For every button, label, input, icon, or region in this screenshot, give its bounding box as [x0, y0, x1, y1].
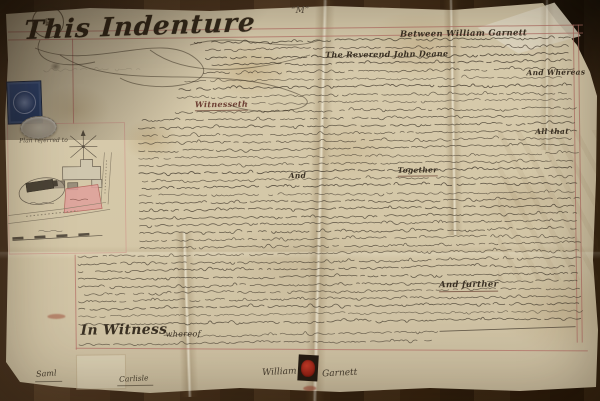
embossed-dot: [50, 62, 61, 71]
crown-stamp-icon: ♛: [32, 6, 64, 38]
calligraphic-flourishes: [0, 0, 600, 401]
stamp-emblem: [13, 91, 37, 115]
indenture-photograph: Plan referred to: [0, 0, 600, 401]
crown-glyph: ♛: [43, 16, 53, 29]
docket-mark: “M”: [291, 6, 309, 16]
